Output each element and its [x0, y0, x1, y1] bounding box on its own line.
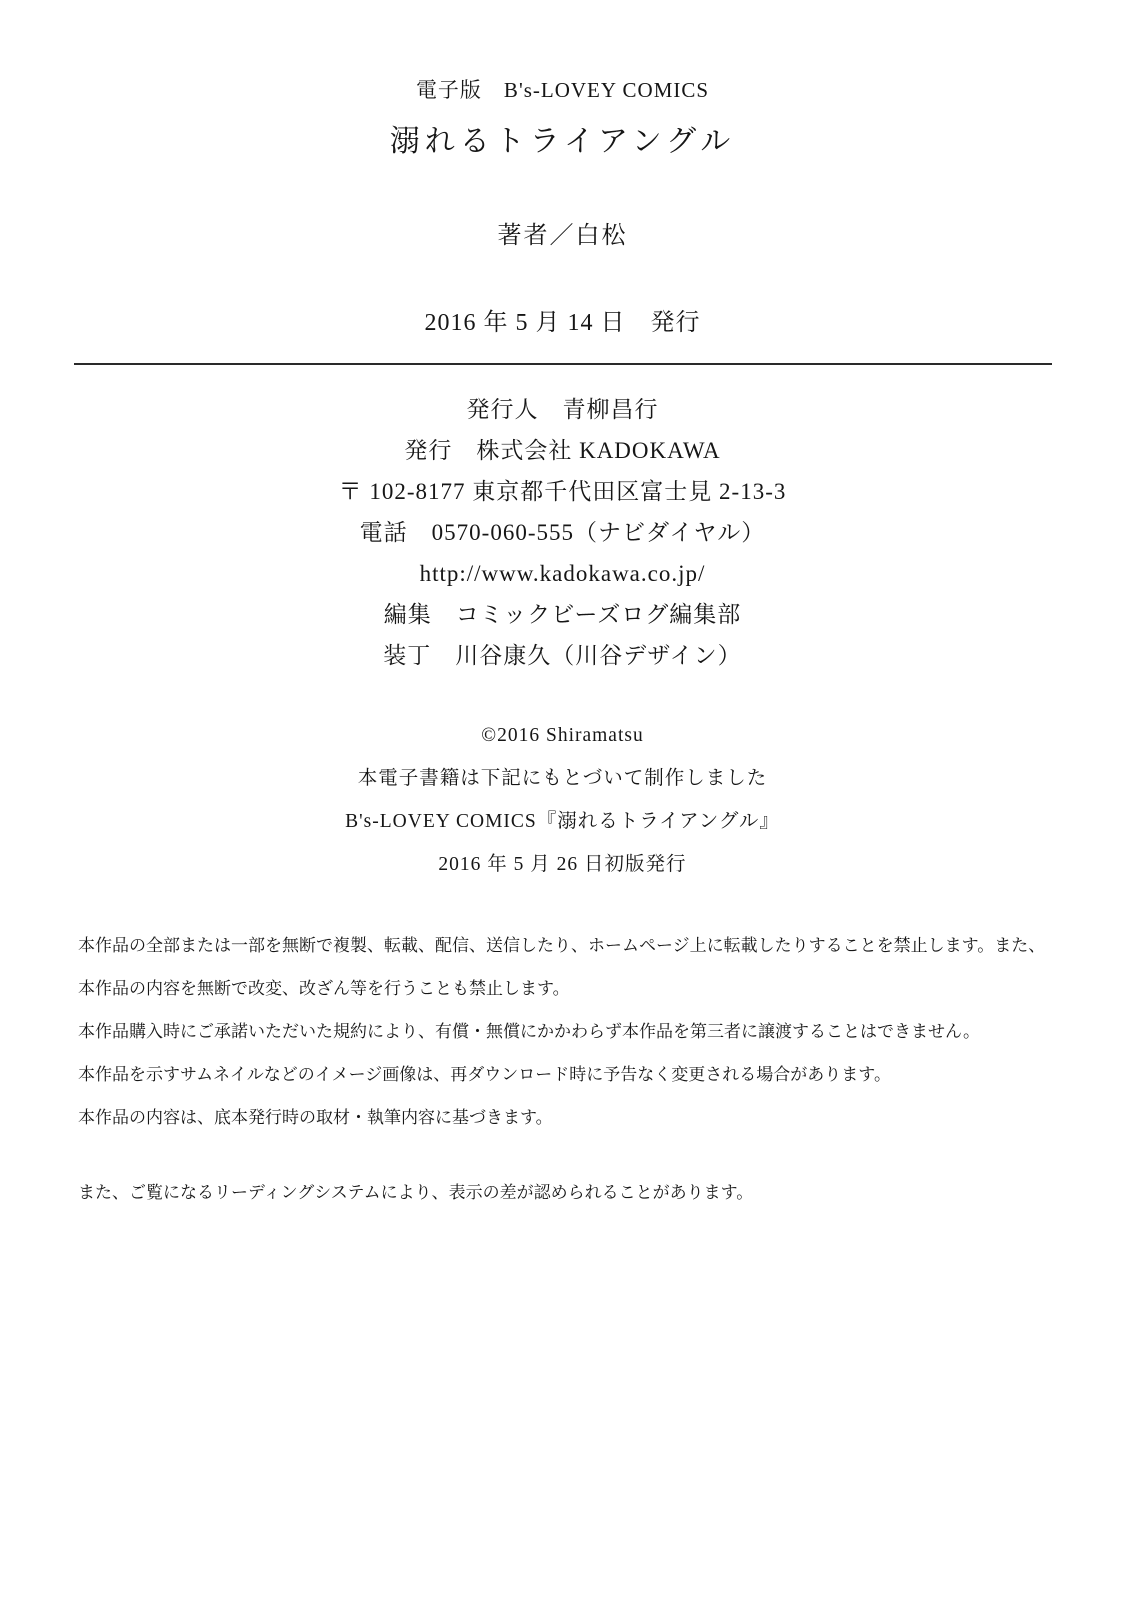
reading-system-note: また、ご覧になるリーディングシステムにより、表示の差が認められることがあります。: [78, 1171, 1047, 1214]
publisher-phone: 電話 0570-060-555（ナビダイヤル）: [0, 512, 1125, 553]
source-title: B's-LOVEY COMICS『溺れるトライアングル』: [0, 800, 1125, 843]
legal-paragraph: 本作品の全部または一部を無断で複製、転載、配信、送信したり、ホームページ上に転載…: [78, 924, 1047, 1010]
publisher-url: http://www.kadokawa.co.jp/: [0, 553, 1125, 594]
publisher-address: 〒 102-8177 東京都千代田区富士見 2-13-3: [0, 471, 1125, 512]
publisher-company: 発行 株式会社 KADOKAWA: [0, 430, 1125, 471]
source-note: 本電子書籍は下記にもとづいて制作しました: [0, 757, 1125, 800]
author-line: 著者／白松: [0, 215, 1125, 250]
publisher-person: 発行人 青柳昌行: [0, 389, 1125, 430]
first-edition-date: 2016 年 5 月 26 日初版発行: [0, 843, 1125, 886]
legal-paragraph: 本作品を示すサムネイルなどのイメージ画像は、再ダウンロード時に予告なく変更される…: [78, 1053, 1047, 1096]
publish-date: 2016 年 5 月 14 日 発行: [0, 302, 1125, 337]
copyright-block: ©2016 Shiramatsu 本電子書籍は下記にもとづいて制作しました B'…: [0, 714, 1125, 886]
design-credit: 装丁 川谷康久（川谷デザイン）: [0, 635, 1125, 676]
colophon-page: 電子版 B's-LOVEY COMICS 溺れるトライアングル 著者／白松 20…: [0, 0, 1125, 1600]
editing-credit: 編集 コミックビーズログ編集部: [0, 594, 1125, 635]
publication-block: 発行人 青柳昌行 発行 株式会社 KADOKAWA 〒 102-8177 東京都…: [0, 389, 1125, 676]
copyright-notice: ©2016 Shiramatsu: [0, 714, 1125, 757]
legal-paragraph: 本作品購入時にご承諾いただいた規約により、有償・無償にかかわらず本作品を第三者に…: [78, 1010, 1047, 1053]
legal-paragraph: 本作品の内容は、底本発行時の取材・執筆内容に基づきます。: [78, 1096, 1047, 1139]
book-title: 溺れるトライアングル: [0, 116, 1125, 160]
edition-label: 電子版 B's-LOVEY COMICS: [0, 0, 1125, 104]
divider-line: [74, 363, 1052, 365]
legal-block: 本作品の全部または一部を無断で複製、転載、配信、送信したり、ホームページ上に転載…: [78, 924, 1047, 1139]
